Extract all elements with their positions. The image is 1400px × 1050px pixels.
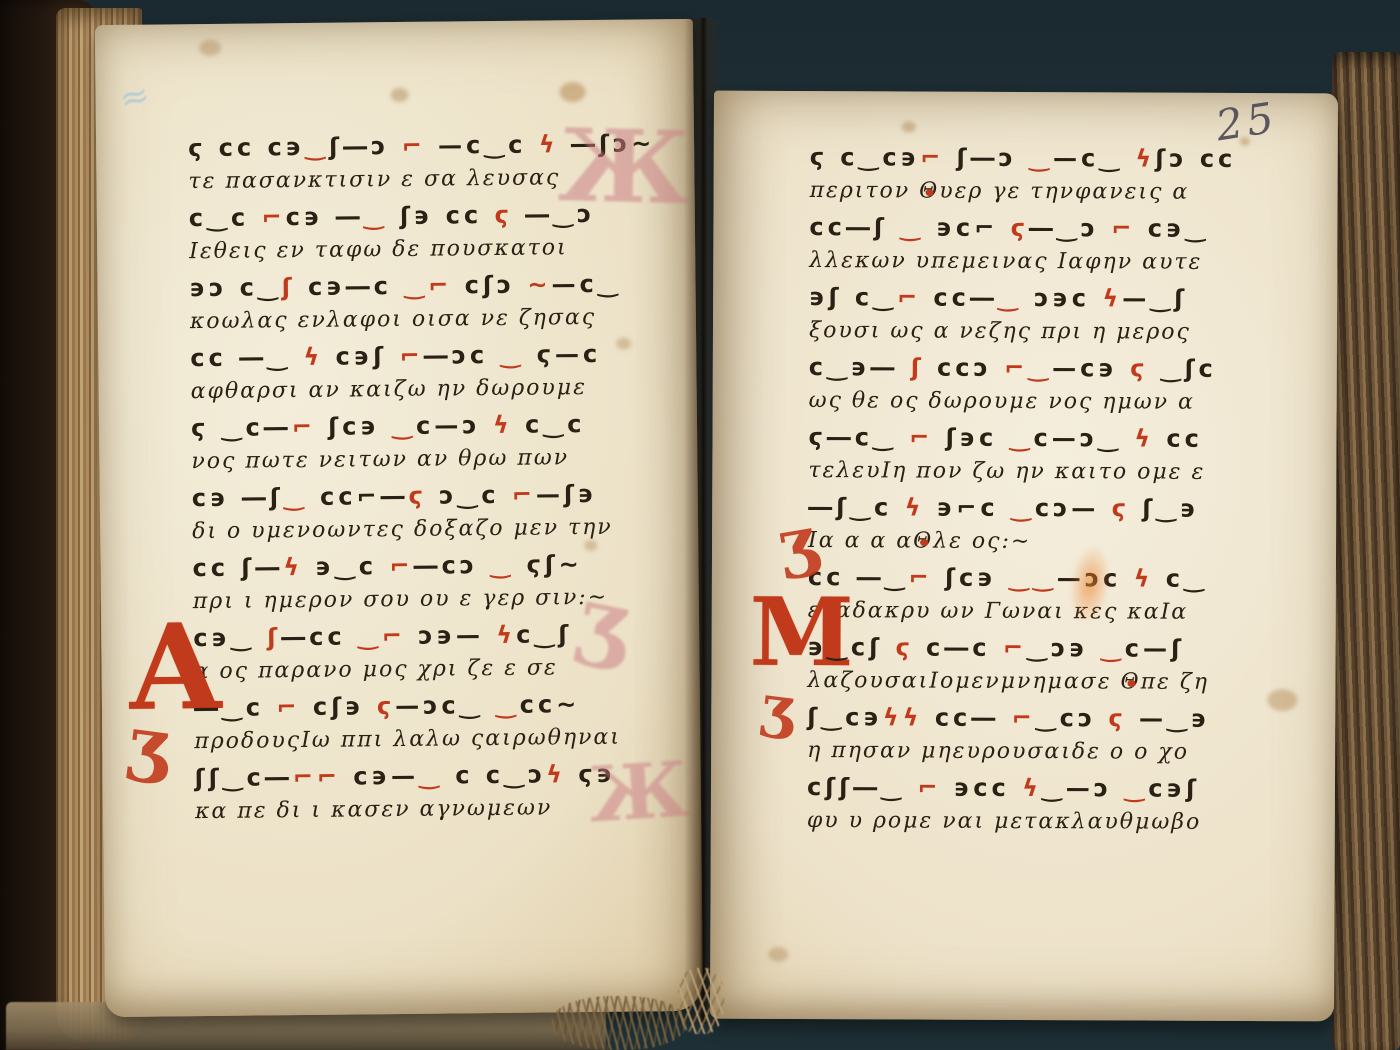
red-neume-segment: ϟ bbox=[1135, 144, 1155, 172]
red-neume-segment: ϛ bbox=[895, 633, 926, 661]
neume-line: ϶ɔ ϲ‿ʃ ϲ϶―ϲ ‿⌐ ϲʃɔ ~—ϲ‿ bbox=[189, 269, 675, 309]
ink-segment: ϲϲ―ʃ bbox=[809, 213, 900, 241]
red-neume-segment: ϟ bbox=[546, 760, 566, 788]
ink-segment: ―ɔϲ bbox=[423, 341, 500, 370]
red-neume-segment: ϟ bbox=[303, 343, 335, 371]
ink-segment: λαζουσαιΙομενμνημασε bbox=[807, 668, 1120, 694]
red-neume-segment: ⌐ bbox=[512, 481, 536, 509]
text-line: νος πωτε νειτων αν θρω πων bbox=[191, 444, 677, 484]
ink-segment: εταδακρυ ων Γωναι κες καΙα bbox=[808, 598, 1189, 625]
foxing-stain bbox=[559, 82, 585, 102]
text-line: περιτον Θυερ γε τηνφανεις α bbox=[809, 178, 1309, 215]
foxing-stain bbox=[616, 338, 631, 350]
red-neume-segment: ϟ bbox=[1102, 284, 1122, 312]
ink-segment: ϲ—ɔ‿ bbox=[1033, 424, 1134, 452]
red-neume-segment: ‿ bbox=[500, 341, 524, 369]
red-neume-segment: ⌐ bbox=[920, 144, 957, 172]
foxing-stain bbox=[1267, 689, 1297, 711]
ink-segment: ʃɔ ϲϲ bbox=[1155, 145, 1236, 173]
foxing-stain bbox=[902, 121, 916, 132]
ink-segment: ϛ ‿ϲ― bbox=[191, 413, 292, 442]
red-neume-segment: ‿⌐ bbox=[358, 622, 419, 651]
ink-segment: ―‿ɔ bbox=[1029, 214, 1112, 242]
neume-line: ϲʃʃ―‿ ⌐ ϶ϲϲ ϟ‿—ɔ ‿ϲ϶ʃ bbox=[807, 773, 1307, 810]
ink-segment: —ʃ϶ bbox=[536, 480, 598, 509]
red-neume-segment: ϛ bbox=[494, 201, 513, 229]
ink-segment: ϲ—ɔ bbox=[416, 411, 493, 440]
red-neume-segment: ‿ bbox=[1011, 494, 1035, 522]
text-line: η πησαν μηευρουσαιδε ο ο χο bbox=[807, 738, 1307, 775]
red-neume-segment: ‿ bbox=[364, 202, 401, 230]
ink-segment: ϶ɔ ϲ‿ bbox=[189, 273, 281, 302]
foxing-stain bbox=[1240, 137, 1250, 146]
red-neume-segment: ⌐ bbox=[1111, 214, 1135, 242]
ink-segment: ϲϲ bbox=[1154, 425, 1203, 453]
ink-segment: ϲϲ ―‿ bbox=[190, 343, 303, 372]
ink-segment: ϲ‿ϲ bbox=[189, 203, 262, 232]
ink-segment: ʃʃ‿ϲ― bbox=[195, 763, 293, 792]
ink-segment: ϲ϶ʃ bbox=[1148, 775, 1200, 803]
ink-segment: αφθαρσι αν καιζω ην δωρουμε bbox=[191, 375, 588, 404]
right-page: 25 ϛ ϲ‿ϲ϶⌐ ʃ―ɔ ‿—ϲ‿ ϟʃɔ ϲϲπεριτον Θυερ γ… bbox=[710, 91, 1338, 1022]
ink-segment: ϲʃʃ―‿ bbox=[807, 773, 918, 801]
foxing-stain bbox=[390, 88, 408, 102]
red-neume-segment: ~ bbox=[527, 270, 551, 298]
ink-segment: —‿ʃ bbox=[1122, 284, 1188, 312]
ink-segment: ‿—ɔ bbox=[1042, 774, 1125, 802]
manuscript-photo: ϛ ϲϲ ϲ϶‿ʃ―ɔ ⌐ —ϲ‿ϲ ϟ ―ʃɔ~τε πασανκτισιν … bbox=[0, 0, 1400, 1050]
red-neume-segment: ⌐ bbox=[897, 283, 934, 311]
ink-segment: ϲϲ― bbox=[935, 704, 1012, 732]
ink-segment: κα πε δι ι κασεν αγνωμεων bbox=[195, 795, 552, 824]
ink-segment: ʃ϶ϲ bbox=[946, 424, 1010, 452]
red-neume-segment: ‿ bbox=[305, 133, 329, 161]
red-neume-segment: ⌐ bbox=[1012, 704, 1036, 732]
ink-segment: ϲ϶— bbox=[353, 762, 419, 791]
theta-red-dot: Θ bbox=[1120, 669, 1140, 694]
left-page-lines: ϛ ϲϲ ϲ϶‿ʃ―ɔ ⌐ —ϲ‿ϲ ϟ ―ʃɔ~τε πασανκτισιν … bbox=[188, 129, 681, 834]
ink-segment: ʃ―ɔ bbox=[957, 144, 1030, 172]
ink-segment: ϶⌐ϲ bbox=[937, 494, 1011, 522]
ink-segment: ϶‿ϲʃ bbox=[808, 633, 896, 661]
red-neume-segment: ʃ bbox=[267, 623, 281, 651]
neume-line: ϲϲ ―‿⌐ ʃϲ϶ ‿‿—ɔϲ ϟ ϲ‿ bbox=[808, 563, 1308, 600]
text-line: λαζουσαιΙομενμνημασε Θπε ζη bbox=[807, 668, 1307, 705]
ink-segment: προδουςΙω ππι λαλω ςαιρωθηναι bbox=[194, 725, 621, 754]
foxing-stain bbox=[584, 540, 597, 551]
red-neume-segment: ϟϟ bbox=[883, 703, 935, 731]
red-neume-segment: ‿ bbox=[998, 284, 1022, 312]
neume-line: ϲϲ―ʃ ‿ ϶ϲ⌐ ϛ―‿ɔ ⌐ ϲ϶‿ bbox=[809, 213, 1309, 250]
ink-segment: Ια α α α bbox=[808, 528, 913, 553]
ink-segment: —ϲ϶ bbox=[1052, 354, 1130, 382]
red-neume-segment: ϟ bbox=[539, 130, 559, 158]
text-line: ξουσι ως α νεζης πρι η μερος bbox=[809, 318, 1309, 355]
ink-segment: ϲ‿ʃ bbox=[516, 620, 572, 649]
ink-segment: ϲϲ― bbox=[933, 284, 998, 312]
ink-segment: περιτον bbox=[810, 178, 920, 203]
red-neume-segment: ⌐ bbox=[292, 413, 329, 441]
ink-segment: κοωλας ενλαφοι οισα νε ζησας bbox=[190, 305, 596, 334]
red-neume-segment: ϛ bbox=[1011, 214, 1029, 242]
ink-segment: ʃϲ϶ bbox=[945, 564, 1009, 592]
ink-segment: ‿ϲɔ bbox=[1036, 704, 1109, 732]
ink-segment: ʃϲ϶ bbox=[328, 412, 392, 441]
ink-segment: ϲ―ϲ bbox=[926, 634, 1003, 662]
fore-edge-right bbox=[1332, 52, 1400, 1050]
ink-segment: φυ υ ρομε ναι μετακλαυθμωβο bbox=[807, 808, 1202, 835]
ink-segment: ϲϲɔ bbox=[937, 354, 1004, 382]
flourish-below-initial: ʒ bbox=[757, 671, 798, 743]
red-neume-segment: ⌐ bbox=[389, 552, 413, 580]
ink-segment: ως θε ος δωρουμε νος ημων α bbox=[809, 388, 1195, 415]
ink-segment: —ϲ‿ϲ bbox=[438, 131, 539, 160]
ink-segment: —‿϶ bbox=[1127, 704, 1211, 732]
ink-segment: α ος παρανο μος χρι ζε ε σε bbox=[193, 655, 557, 684]
neume-line: ϶‿ϲʃ ϛ ϲ―ϲ ⌐‿ɔ϶ ‿ϲ—ʃ bbox=[808, 633, 1308, 670]
text-line: δι ο υμενοωντες δοξαζο μεν την bbox=[192, 514, 678, 554]
text-line: λλεκων υπεμεινας Ιαφην αυτε bbox=[809, 248, 1309, 285]
ink-segment: ϛ ϲϲ ϲ϶ bbox=[188, 133, 305, 162]
ink-segment: πρι ι ημερον σου ου ε γερ σιν:~ bbox=[193, 585, 608, 614]
red-neume-segment: ⌐ bbox=[909, 423, 946, 451]
ink-segment: ϲʃɔ bbox=[452, 271, 527, 300]
red-neume-segment: ‿ bbox=[490, 551, 514, 579]
ink-segment: —ϲ‿ bbox=[1053, 144, 1136, 172]
red-neume-segment: ϛ bbox=[1112, 494, 1143, 522]
red-neume-segment: ‿ bbox=[900, 213, 936, 241]
ink-segment: ϲϲ~ bbox=[520, 690, 581, 719]
text-line: ως θε ος δωρουμε νος ημων α bbox=[809, 388, 1309, 425]
neume-line: ϲ϶ ―ʃ‿ ϲϲ⌐―ϛ ɔ‿ϲ ⌐—ʃ϶ bbox=[192, 479, 678, 519]
red-neume-segment: ϟ bbox=[1022, 774, 1042, 802]
ink-segment: ϲ϶‿ bbox=[1135, 214, 1209, 242]
red-neume-segment: ϟ bbox=[905, 493, 937, 521]
ink-segment: ɔ‿ϲ bbox=[427, 481, 512, 510]
neume-line: ϛ ‿ϲ―⌐ ʃϲ϶ ‿ϲ—ɔ ϟ ϲ‿ϲ bbox=[191, 409, 677, 449]
red-neume-segment: ⌐ bbox=[401, 132, 438, 160]
ink-segment: —ɔϲ‿ bbox=[395, 691, 496, 720]
neume-line: ϛ―ϲ‿ ⌐ ʃ϶ϲ ‿ϲ—ɔ‿ ϟ ϲϲ bbox=[808, 423, 1308, 460]
red-neume-segment: ‿ bbox=[1124, 774, 1148, 802]
red-neume-segment: ‿ bbox=[1029, 144, 1053, 172]
ink-segment: τελευΙη πον ζω ην καιτο ομε ε bbox=[808, 458, 1205, 485]
red-neume-segment: ‿ bbox=[496, 691, 520, 719]
ink-segment: ‿ɔ϶ bbox=[1027, 634, 1101, 662]
ink-segment: ϲϲ⌐― bbox=[320, 482, 409, 511]
ink-segment: λε ος:~ bbox=[933, 529, 1031, 554]
ink-segment: ϶ϲ⌐ bbox=[936, 214, 1010, 242]
text-line: Μεταδακρυ ων Γωναι κες καΙα bbox=[808, 598, 1308, 635]
ghost-initial-top: Ж bbox=[557, 106, 691, 227]
ink-segment: ϲɔ— bbox=[1035, 494, 1112, 522]
red-neume-segment: ϛ bbox=[408, 482, 427, 510]
ink-segment: ϲ—ʃ bbox=[1125, 634, 1185, 662]
text-line: Ια α α αΘλε ος:~ bbox=[808, 528, 1308, 565]
ink-segment: ―‿ϲ bbox=[194, 693, 277, 722]
red-neume-segment: ⌐ bbox=[399, 342, 423, 370]
ink-segment: ϲʃ϶ bbox=[313, 692, 377, 721]
ink-segment: —ϲ‿ bbox=[551, 270, 621, 299]
ink-segment: ϲ϶ ― bbox=[285, 202, 363, 231]
ink-segment: ϲ ϲ‿ɔ bbox=[455, 760, 546, 789]
ink-segment: ϛ―ϲ‿ bbox=[808, 423, 909, 451]
ghost-initial-bottom: Ж bbox=[586, 744, 691, 839]
neume-line: ϛ ϲ‿ϲ϶⌐ ʃ―ɔ ‿—ϲ‿ ϟʃɔ ϲϲ bbox=[810, 143, 1310, 180]
red-neume-segment: ϛ bbox=[1108, 704, 1126, 732]
ink-segment: δι ο υμενοωντες δοξαζο μεν την bbox=[192, 515, 613, 544]
ink-segment: ϲ‿϶― bbox=[809, 353, 911, 381]
neume-line: ϲ‿϶― ʃ ϲϲɔ ⌐‿—ϲ϶ ϛ ‿ʃϲ bbox=[809, 353, 1309, 390]
ink-segment: η πησαν μηευρουσαιδε ο ο χο bbox=[807, 738, 1189, 765]
pencil-scribble: ≈ bbox=[115, 74, 155, 121]
ink-segment: ϛʃ~ bbox=[514, 550, 583, 579]
red-neume-segment: ⌐ bbox=[1003, 634, 1027, 662]
ink-segment: ϶ʃ ϲ‿ bbox=[809, 283, 897, 311]
neume-line: ―‿ϲ ⌐ ϲʃ϶ ϛ—ɔϲ‿ ‿ϲϲ~ bbox=[194, 689, 680, 729]
red-neume-segment: ʃ bbox=[282, 273, 309, 301]
ink-segment: ϲ‿ϲ bbox=[513, 410, 586, 439]
red-neume-segment: ϛ bbox=[377, 692, 396, 720]
red-neume-segment: ʃ bbox=[911, 354, 937, 382]
red-neume-segment: ⌐ bbox=[276, 693, 313, 721]
ink-segment: υερ γε τηνφανεις α bbox=[939, 179, 1189, 205]
ink-segment: ʃ―ɔ bbox=[329, 132, 402, 161]
red-neume-segment: ⌐⌐ bbox=[293, 762, 354, 791]
text-line: Ιεθεις εν ταφω δε πουσκατοι bbox=[189, 234, 675, 274]
ink-segment: ―ϲϲ bbox=[281, 622, 358, 651]
theta-red-dot: Θ bbox=[913, 529, 933, 554]
red-neume-segment: ϟ bbox=[496, 621, 516, 649]
red-neume-segment: ‿‿ bbox=[1009, 564, 1057, 592]
text-line: κοωλας ενλαφοι οισα νε ζησας bbox=[190, 304, 676, 344]
ink-segment: ϲ϶ ―ʃ bbox=[192, 483, 284, 512]
ink-segment: ―ʃ‿ϲ bbox=[808, 493, 905, 521]
red-neume-segment: ⌐ bbox=[261, 203, 285, 231]
text-line: τελευΙη πον ζω ην καιτο ομε ε bbox=[808, 458, 1308, 495]
text-line: αφθαρσι αν καιζω ην δωρουμε bbox=[191, 374, 677, 414]
red-neume-segment: ‿ bbox=[392, 412, 416, 440]
ink-segment: ϲ϶ʃ bbox=[335, 342, 399, 371]
neume-line: ―ʃ‿ϲ ϟ ϶⌐ϲ ‿ϲɔ— ϛ ʃ‿϶ bbox=[808, 493, 1308, 530]
ink-segment: ɔ϶— bbox=[418, 621, 496, 650]
ink-segment: ϛ ϲ‿ϲ϶ bbox=[810, 143, 920, 171]
ink-segment: πε ζη bbox=[1141, 670, 1209, 695]
ink-segment: νος πωτε νειτων αν θρω πων bbox=[191, 445, 569, 474]
ink-segment: ―ϲɔ bbox=[413, 551, 490, 580]
foxing-stain bbox=[768, 947, 788, 962]
red-neume-segment: ‿ bbox=[419, 761, 456, 789]
ink-segment: λλεκων υπεμεινας Ιαφην αυτε bbox=[809, 248, 1202, 275]
ink-segment: Ιεθεις εν ταφω δε πουσκατοι bbox=[189, 235, 568, 264]
red-neume-segment: ⌐ bbox=[909, 563, 946, 591]
ink-segment: ϛ—ϲ bbox=[524, 340, 601, 369]
ink-segment: ʃ‿ϲ϶ bbox=[807, 703, 883, 731]
red-neume-segment: ϟ bbox=[493, 411, 513, 439]
ink-segment: ɔ϶ϲ bbox=[1022, 284, 1103, 312]
red-neume-segment: ‿ bbox=[1101, 634, 1125, 662]
foxing-stain bbox=[199, 40, 221, 56]
ink-segment: ʃ϶ ϲϲ bbox=[400, 201, 495, 230]
red-neume-segment: ⌐‿ bbox=[1004, 354, 1052, 382]
ink-segment: ϲ‿ bbox=[1153, 565, 1208, 593]
neume-line: ϲϲ ―‿ ϟ ϲ϶ʃ ⌐―ɔϲ ‿ ϛ—ϲ bbox=[190, 339, 676, 379]
red-neume-segment: ‿⌐ bbox=[404, 271, 452, 300]
ink-segment: τε πασανκτισιν ε σα λευσας bbox=[188, 165, 560, 194]
left-page: ϛ ϲϲ ϲ϶‿ʃ―ɔ ⌐ —ϲ‿ϲ ϟ ―ʃɔ~τε πασανκτισιν … bbox=[95, 19, 703, 1017]
ink-segment: ‿ʃϲ bbox=[1148, 355, 1217, 383]
ink-segment: ϲ϶―ϲ bbox=[308, 272, 405, 301]
red-neume-segment: ‿ bbox=[1010, 424, 1034, 452]
ink-segment: ϶‿ϲ bbox=[315, 552, 389, 581]
red-neume-segment: ϟ bbox=[1134, 424, 1154, 452]
red-neume-segment: ⌐ bbox=[917, 774, 954, 802]
ink-segment: ʃ‿϶ bbox=[1142, 495, 1199, 523]
red-neume-segment: ϟ bbox=[1134, 564, 1154, 592]
neume-line: ʃ‿ϲ϶ϟϟ ϲϲ― ⌐‿ϲɔ ϛ —‿϶ bbox=[807, 703, 1307, 740]
ink-segment: ξουσι ως α νεζης πρι η μερος bbox=[809, 318, 1191, 345]
ink-segment: ϶ϲϲ bbox=[954, 774, 1022, 802]
frayed-threads bbox=[552, 996, 686, 1050]
theta-red-dot: Θ bbox=[919, 179, 939, 204]
text-line: φυ υ ρομε ναι μετακλαυθμωβο bbox=[807, 808, 1307, 845]
neume-line: ϶ʃ ϲ‿⌐ ϲϲ―‿ ɔ϶ϲ ϟ—‿ʃ bbox=[809, 283, 1309, 320]
red-neume-segment: ϟ bbox=[283, 553, 315, 581]
red-neume-segment: ‿ bbox=[284, 483, 321, 511]
right-page-lines: ϛ ϲ‿ϲ϶⌐ ʃ―ɔ ‿—ϲ‿ ϟʃɔ ϲϲπεριτον Θυερ γε τ… bbox=[807, 143, 1310, 845]
red-neume-segment: ϛ bbox=[1130, 354, 1148, 382]
ink-segment: ϲϲ ʃ― bbox=[192, 553, 283, 582]
